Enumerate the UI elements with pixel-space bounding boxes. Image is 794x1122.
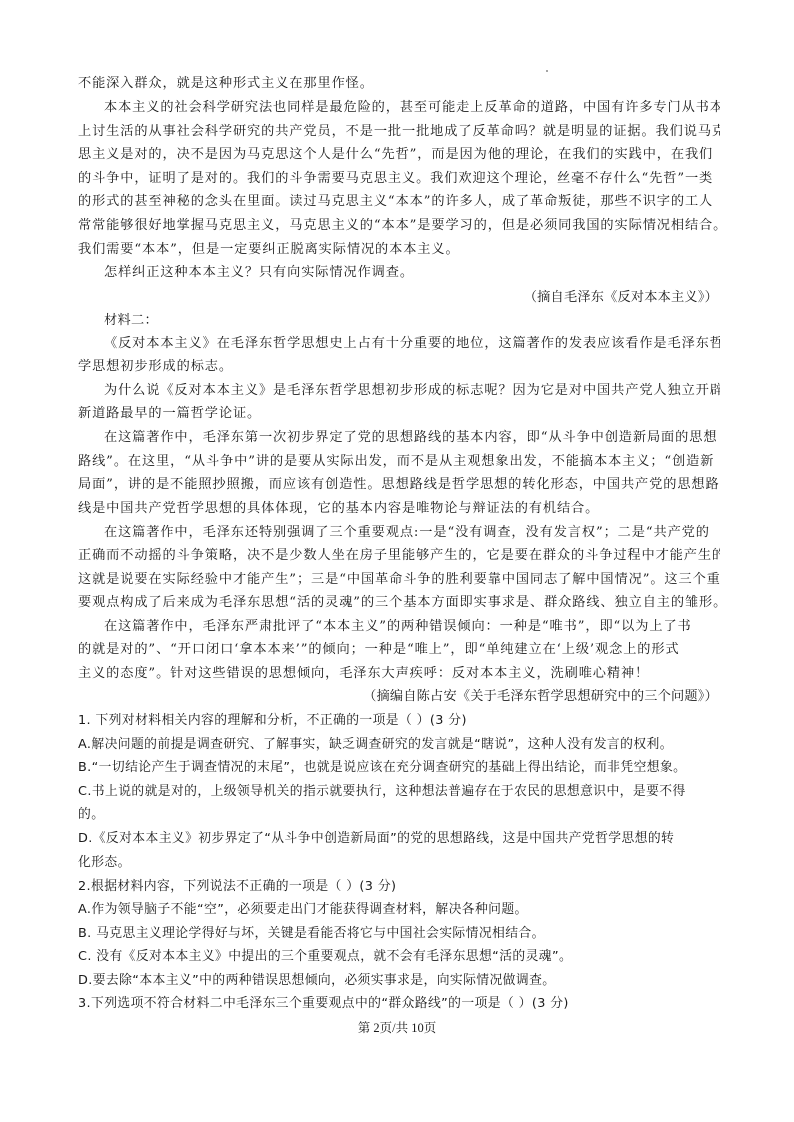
paragraph-line: 《反对本本主义》在毛泽东哲学思想史上占有十分重要的地位，这篇著作的发表应该看作是… xyxy=(104,335,720,353)
question-2-option-b: B. 马克思主义理论学得好与坏，关键是看能否将它与中国社会实际情况相结合。 xyxy=(78,925,720,943)
paragraph-line: 我们需要“本本”，但是一定要纠正脱离实际情况的本本主义。 xyxy=(78,241,720,259)
paragraph-line: 这就是说要在实际经验中才能产生”；三是“中国革命斗争的胜利要靠中国同志了解中国情… xyxy=(78,571,720,589)
question-1-option-a: A.解决问题的前提是调查研究、了解事实，缺乏调查研究的发言就是“瞎说”，这种人没… xyxy=(78,736,720,754)
paragraph-line: 在这篇著作中，毛泽东严肃批评了“本本主义”的两种错误倾向：一种是“唯书”，即“以… xyxy=(104,618,720,636)
question-1-option-b: B.“一切结论产生于调查情况的末尾”，也就是说应该在充分调查研究的基础上得出结论… xyxy=(78,759,720,777)
paragraph-line: 为什么说《反对本本主义》是毛泽东哲学思想初步形成的标志呢？因为它是对中国共产党人… xyxy=(104,382,720,400)
question-2-option-c: C. 没有《反对本本主义》中提出的三个重要观点，就不会有毛泽东思想“活的灵魂”。 xyxy=(78,948,720,966)
paragraph-line: 新道路最早的一篇哲学论证。 xyxy=(78,405,720,423)
paragraph-line: 在这篇著作中，毛泽东第一次初步界定了党的思想路线的基本内容，即“从斗争中创造新局… xyxy=(104,429,720,447)
paragraph-line: 局面”，讲的是不能照抄照搬，而应该有创造性。思想路线是哲学思想的转化形态，中国共… xyxy=(78,476,720,494)
question-1-option-d: D.《反对本本主义》初步界定了“从斗争中创造新局面”的党的思想路线，这是中国共产… xyxy=(78,830,720,848)
question-2-stem: 2.根据材料内容，下列说法不正确的一项是（ ）(3 分) xyxy=(78,878,720,896)
paragraph-line: 的形式的甚至神秘的念头在里面。读过马克思主义“本本”的许多人，成了革命叛徒，那些… xyxy=(78,193,720,211)
paragraph-line: 不能深入群众，就是这种形式主义在那里作怪。 xyxy=(78,75,720,93)
paragraph-line: 正确而不动摇的斗争策略，决不是少数人坐在房子里能够产生的，它是要在群众的斗争过程… xyxy=(78,547,720,565)
question-2-option-a: A.作为领导脑子不能“空”，必须要走出门才能获得调查材料，解决各种问题。 xyxy=(78,901,720,919)
section-heading: 材料二： xyxy=(104,312,720,330)
question-2-option-d: D.要去除“本本主义”中的两种错误思想倾向，必须实事求是，向实际情况做调查。 xyxy=(78,972,720,990)
exam-page: 不能深入群众，就是这种形式主义在那里作怪。 本本主义的社会科学研究法也同样是最危… xyxy=(0,0,794,1122)
paragraph-line: 常常能够很好地掌握马克思主义，马克思主义的“本本”是要学习的，但是必须同我国的实… xyxy=(78,217,720,235)
paragraph-line: 在这篇著作中，毛泽东还特别强调了三个重要观点:一是“没有调查，没有发言权”；二是… xyxy=(104,524,720,542)
paragraph-line: 主义的态度”。针对这些错误的思想倾向，毛泽东大声疾呼：反对本本主义，洗刷唯心精神… xyxy=(78,665,720,683)
paragraph-line: 本本主义的社会科学研究法也同样是最危险的，甚至可能走上反革命的道路，中国有许多专… xyxy=(104,99,720,117)
paragraph-line: 思主义是对的，决不是因为马克思这个人是什么“先哲”，而是因为他的理论，在我们的实… xyxy=(78,146,720,164)
paragraph-line: 学思想初步形成的标志。 xyxy=(78,358,720,376)
question-1-option-c: C.书上说的就是对的，上级领导机关的指示就要执行，这种想法普遍存在于农民的思想意… xyxy=(78,783,720,801)
question-1-option-d-cont: 化形态。 xyxy=(78,854,720,872)
page-number: 第 2页/共 10页 xyxy=(0,1018,794,1036)
paragraph-line: 路线”。在这里，“从斗争中”讲的是要从实际出发，而不是从主观想象出发，不能搞本本… xyxy=(78,453,720,471)
question-3-stem: 3.下列选项不符合材料二中毛泽东三个重要观点中的“群众路线”的一项是（ ）(3 … xyxy=(78,995,720,1013)
source-citation: （摘编自陈占安《关于毛泽东哲学思想研究中的三个问题》） xyxy=(363,688,718,706)
paragraph-line: 要观点构成了后来成为毛泽东思想“活的灵魂”的三个基本方面即实事求是、群众路线、独… xyxy=(78,594,720,612)
source-citation: （摘自毛泽东《反对本本主义》） xyxy=(524,289,718,307)
scan-speck xyxy=(546,70,548,72)
question-1-stem: 1. 下列对材料相关内容的理解和分析，不正确的一项是（ ）(3 分) xyxy=(78,712,720,730)
paragraph-line: 的斗争中，证明了是对的。我们的斗争需要马克思主义。我们欢迎这个理论，丝毫不存什么… xyxy=(78,170,720,188)
question-1-option-c-cont: 的。 xyxy=(78,806,720,824)
paragraph-line: 线是中国共产党哲学思想的具体体现，它的基本内容是唯物论与辩证法的有机结合。 xyxy=(78,500,720,518)
paragraph-line: 怎样纠正这种本本主义？只有向实际情况作调查。 xyxy=(104,264,720,282)
paragraph-line: 的就是对的”、“开口闭口‘拿本本来’”的倾向；一种是“唯上”，即“单纯建立在‘上… xyxy=(78,641,720,659)
paragraph-line: 上讨生活的从事社会科学研究的共产党员，不是一批一批地成了反革命吗？就是明显的证据… xyxy=(78,123,720,141)
